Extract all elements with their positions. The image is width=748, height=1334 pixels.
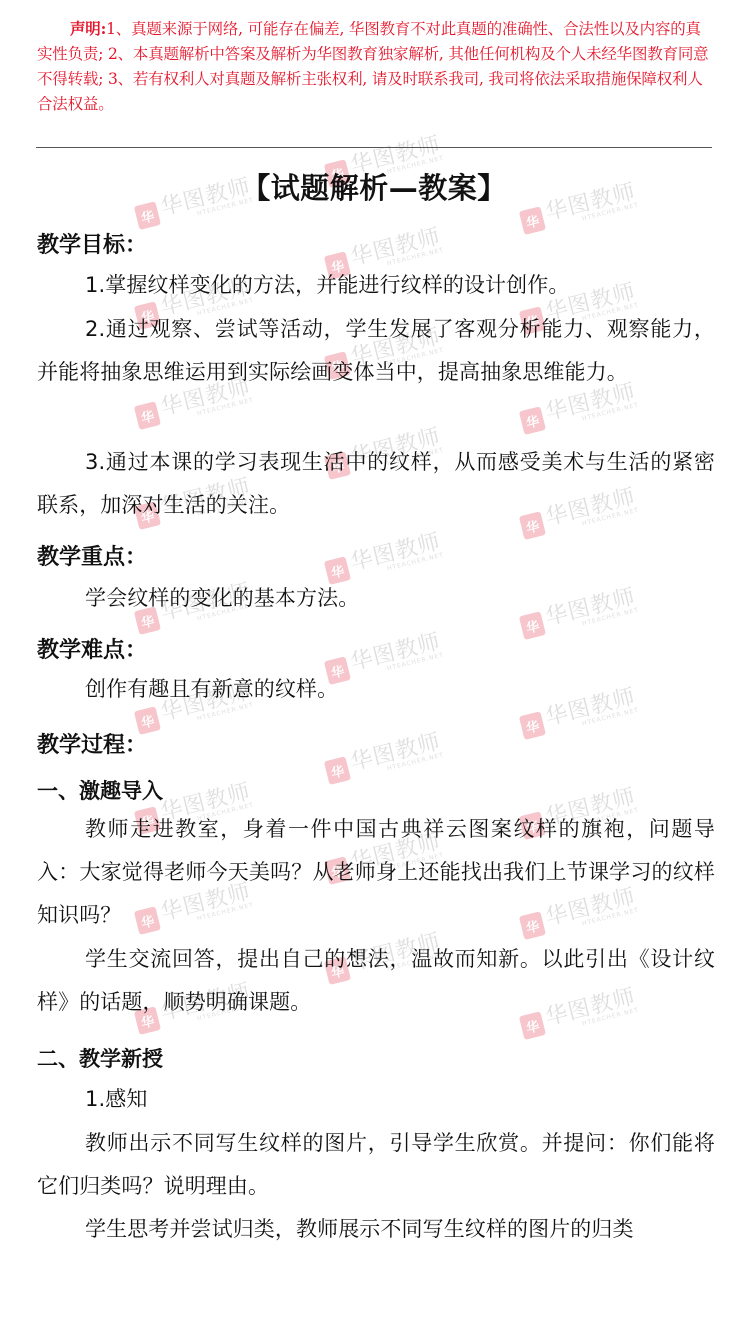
- watermark-logo-icon: 华: [324, 756, 351, 785]
- watermark-logo-icon: 华: [519, 406, 546, 435]
- part2-heading: 二、教学新授: [37, 1043, 163, 1073]
- difficulty-text: 创作有趣且有新意的纹样。: [37, 668, 715, 711]
- key-point-heading: 教学重点：: [37, 540, 147, 571]
- watermark-logo-icon: 华: [519, 711, 546, 740]
- disclaimer-text: 1、真题来源于网络, 可能存在偏差, 华图教育不对此真题的准确性、合法性以及内容…: [37, 20, 708, 113]
- part2-paragraph-1: 教师出示不同写生纹样的图片，引导学生欣赏。并提问：你们能将它们归类吗？说明理由。: [37, 1122, 715, 1208]
- disclaimer-lead: 声明:: [70, 19, 106, 38]
- part2-paragraph-2: 学生思考并尝试归类，教师展示不同写生纹样的图片的归类: [37, 1208, 715, 1251]
- objectives-heading: 教学目标：: [37, 228, 147, 259]
- difficulty-heading: 教学难点：: [37, 633, 147, 664]
- watermark: 华华图教师HTEACHER.NET: [323, 731, 444, 787]
- divider: [36, 147, 712, 148]
- watermark-logo-icon: 华: [519, 206, 546, 235]
- key-point-text: 学会纹样的变化的基本方法。: [37, 577, 715, 620]
- part1-paragraph-2: 学生交流回答，提出自己的想法，温故而知新。以此引出《设计纹样》的话题，顺势明确课…: [37, 938, 715, 1024]
- page-title: 【试题解析—教案】: [0, 166, 748, 207]
- part2-step-1: 1.感知: [37, 1078, 715, 1121]
- objective-1: 1.掌握纹样变化的方法，并能进行纹样的设计创作。: [37, 264, 715, 307]
- part1-heading: 一、激趣导入: [37, 775, 163, 805]
- process-heading: 教学过程：: [37, 728, 147, 759]
- part1-paragraph-1: 教师走进教室，身着一件中国古典祥云图案纹样的旗袍，问题导入：大家觉得老师今天美吗…: [37, 808, 715, 937]
- disclaimer: 声明:1、真题来源于网络, 可能存在偏差, 华图教育不对此真题的准确性、合法性以…: [37, 16, 713, 117]
- objective-3: 3.通过本课的学习表现生活中的纹样，从而感受美术与生活的紧密联系，加深对生活的关…: [37, 441, 715, 527]
- objective-2: 2.通过观察、尝试等活动，学生发展了客观分析能力、观察能力，并能将抽象思维运用到…: [37, 308, 715, 394]
- watermark-logo-icon: 华: [134, 401, 161, 430]
